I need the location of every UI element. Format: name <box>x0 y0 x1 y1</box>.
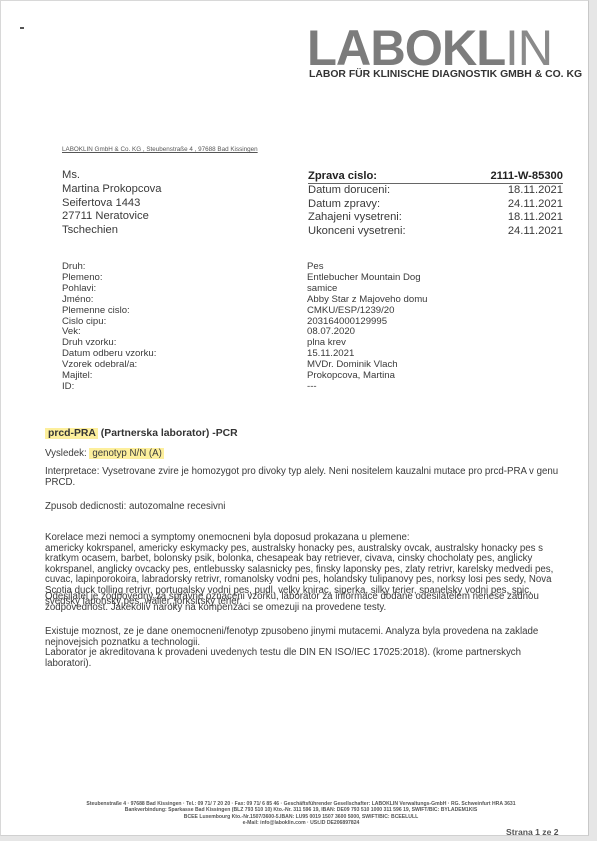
other-mutations-text: Existuje moznost, ze je dane onemocneni/… <box>45 627 565 648</box>
test-result: Vysledek: genotyp N/N (A) <box>45 449 565 460</box>
patient-detail-row: Plemeno:Entlebucher Mountain Dog <box>62 273 428 284</box>
accreditation-text: Laborator je akreditovana k provadeni uv… <box>45 648 565 669</box>
scan-artifact <box>20 27 24 29</box>
meta-label: Ukonceni vysetreni: <box>308 225 406 239</box>
page-number: Strana 1 ze 2 <box>506 827 559 837</box>
detail-label: Plemeno: <box>62 273 307 284</box>
detail-label: Majitel: <box>62 371 307 382</box>
report-number-label: Zprava cislo: <box>308 170 377 182</box>
recipient-address: Ms. Martina Prokopcova Seifertova 1443 2… <box>62 169 162 238</box>
meta-label: Datum zpravy: <box>308 198 380 212</box>
meta-row: Ukonceni vysetreni: 24.11.2021 <box>308 225 563 239</box>
result-label: Vysledek: <box>45 448 89 459</box>
detail-label: ID: <box>62 382 307 393</box>
meta-value: 18.11.2021 <box>508 211 563 225</box>
detail-value: Abby Star z Majoveho domu <box>307 295 428 306</box>
detail-label: Jméno: <box>62 295 307 306</box>
patient-detail-row: ID:--- <box>62 382 428 393</box>
patient-detail-row: Plemenne cislo:CMKU/ESP/1239/20 <box>62 306 428 317</box>
recipient-name: Martina Prokopcova <box>62 183 162 197</box>
detail-value: CMKU/ESP/1239/20 <box>307 306 394 317</box>
sender-responsibility-text: Odesilatel je zodpovedny za spravne ozna… <box>45 592 565 613</box>
test-name-highlight: prcd-PRA <box>45 428 98 439</box>
inheritance-text: Zpusob dedicnosti: autozomalne recesivni <box>45 502 565 513</box>
meta-row: Datum doruceni: 18.11.2021 <box>308 184 563 198</box>
patient-detail-row: Cislo cipu:203164000129995 <box>62 317 428 328</box>
meta-value: 18.11.2021 <box>508 184 563 198</box>
recipient-city: 27711 Neratovice <box>62 210 162 224</box>
document-page: LABOKLIN LABOR FÜR KLINISCHE DIAGNOSTIK … <box>0 0 589 836</box>
meta-value: 24.11.2021 <box>508 198 563 212</box>
detail-label: Vzorek odebral/a: <box>62 360 307 371</box>
recipient-country: Tschechien <box>62 224 162 238</box>
meta-row: Datum zpravy: 24.11.2021 <box>308 198 563 212</box>
meta-row: Zahajeni vysetreni: 18.11.2021 <box>308 211 563 225</box>
meta-label: Datum doruceni: <box>308 184 390 198</box>
report-number-value: 2111-W-85300 <box>490 170 563 182</box>
logo-bold-text: LABOKL <box>307 21 505 77</box>
page-footer: Steubenstraße 4 · 97688 Bad Kissingen · … <box>21 801 581 827</box>
correlation-intro: Korelace mezi nemoci a symptomy onemocne… <box>45 533 565 544</box>
report-number-row: Zprava cislo: 2111-W-85300 <box>308 170 563 184</box>
disclaimer-block: Existuje moznost, ze je dane onemocneni/… <box>45 627 565 669</box>
meta-value: 24.11.2021 <box>508 225 563 239</box>
detail-label: Plemenne cislo: <box>62 306 307 317</box>
result-value: genotyp N/N (A) <box>89 448 163 459</box>
patient-detail-row: Jméno:Abby Star z Majoveho domu <box>62 295 428 306</box>
detail-value: --- <box>307 382 317 393</box>
recipient-salutation: Ms. <box>62 169 162 183</box>
meta-label: Zahajeni vysetreni: <box>308 211 402 225</box>
recipient-street: Seifertova 1443 <box>62 197 162 211</box>
patient-detail-row: Majitel:Prokopcova, Martina <box>62 371 428 382</box>
patient-details: Druh:PesPlemeno:Entlebucher Mountain Dog… <box>62 262 428 393</box>
test-name-rest: (Partnerska laborator) -PCR <box>98 428 238 439</box>
logo-thin-text: IN <box>505 21 552 77</box>
footer-line: e-Mail: info@laboklin.com · USt.ID DE206… <box>21 820 581 826</box>
interpretation-text: Interpretace: Vysetrovane zvire je homoz… <box>45 467 565 488</box>
laboklin-logo: LABOKLIN <box>307 30 567 67</box>
detail-label: Cislo cipu: <box>62 317 307 328</box>
detail-label: Pohlavi: <box>62 284 307 295</box>
detail-value: Prokopcova, Martina <box>307 371 395 382</box>
patient-detail-row: Vek:08.07.2020 <box>62 327 428 338</box>
sender-address-line: LABOKLIN GmbH & Co. KG , Steubenstraße 4… <box>62 146 258 153</box>
logo-subtitle: LABOR FÜR KLINISCHE DIAGNOSTIK GMBH & CO… <box>309 69 582 80</box>
test-title: prcd-PRA (Partnerska laborator) -PCR <box>45 429 565 440</box>
report-metadata: Zprava cislo: 2111-W-85300 Datum dorucen… <box>308 170 563 239</box>
